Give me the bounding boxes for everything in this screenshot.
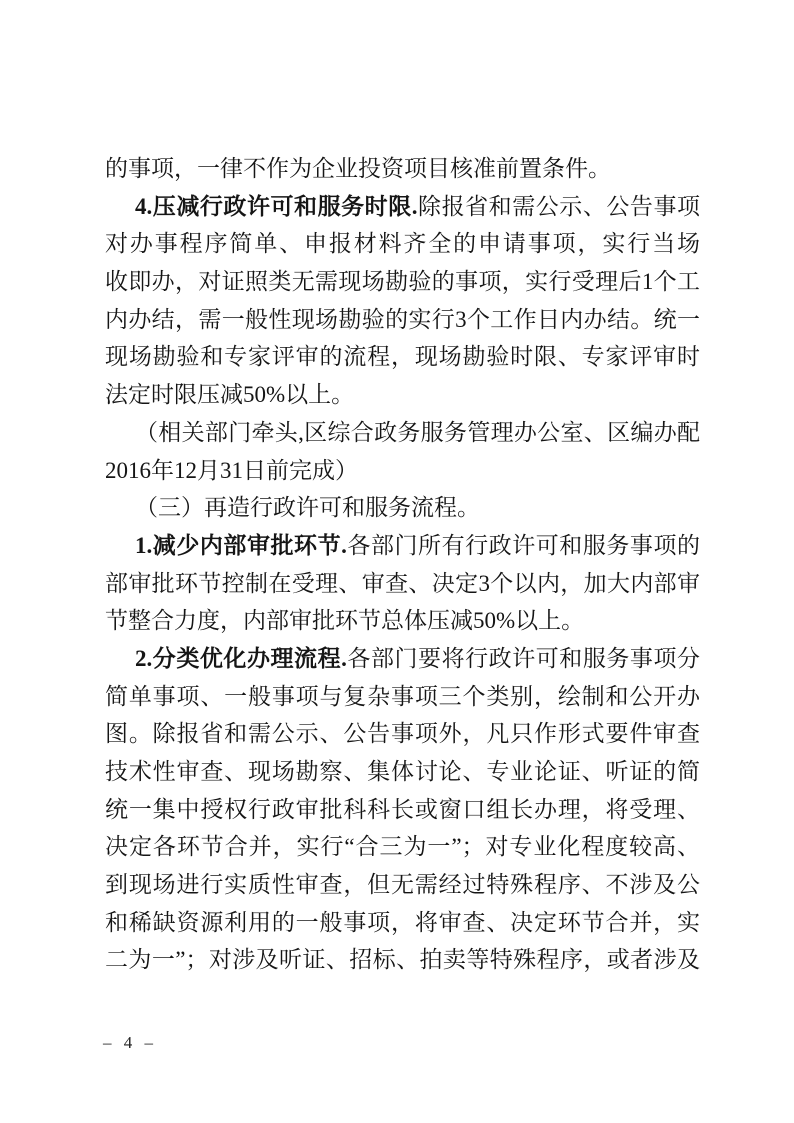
text-line: 1.减少内部审批环节.各部门所有行政许可和服务事项的内: [105, 527, 700, 565]
text-line: 现场勘验和专家评审的流程，现场勘验时限、专家评审时限均比: [105, 338, 700, 376]
text-line: 4.压减行政许可和服务时限.除报省和需公示、公告事项外，: [105, 188, 700, 226]
page-number: – 4 –: [103, 1033, 155, 1053]
text-line: 简单事项、一般事项与复杂事项三个类别，绘制和公开办理流程: [105, 678, 700, 716]
heading-run: 4.压减行政许可和服务时限.: [135, 194, 418, 219]
text-line: 节整合力度，内部审批环节总体压减50%以上。: [105, 602, 700, 640]
document-body: 的事项，一律不作为企业投资项目核准前置条件。 4.压减行政许可和服务时限.除报省…: [105, 150, 700, 979]
text-line: 内办结，需一般性现场勘验的实行3个工作日内办结。统一规范: [105, 301, 700, 339]
text-line: 决定各环节合并，实行“合三为一”；对专业化程度较高、需要: [105, 828, 700, 866]
text-line-annotation: 2016年12月31日前完成）: [105, 452, 700, 490]
document-page: 的事项，一律不作为企业投资项目核准前置条件。 4.压减行政许可和服务时限.除报省…: [0, 0, 794, 1123]
text-line: 和稀缺资源利用的一般事项，将审查、决定环节合并，实行“合: [105, 904, 700, 942]
text-line: 部审批环节控制在受理、审查、决定3个以内，加大内部审批环: [105, 565, 700, 603]
heading-run: 2.分类优化办理流程.: [135, 646, 347, 671]
text-line: 到现场进行实质性审查，但无需经过特殊程序、不涉及公共资源: [105, 866, 700, 904]
text-line: 收即办，对证照类无需现场勘验的事项，实行受理后1个工作日: [105, 263, 700, 301]
heading-run: 1.减少内部审批环节.: [135, 533, 347, 558]
text-line: 2.分类优化办理流程.各部门要将行政许可和服务事项分为: [105, 640, 700, 678]
text-line: 技术性审查、现场勘察、集体讨论、专业论证、听证的简单事项: [105, 753, 700, 791]
text-line: 图。除报省和需公示、公告事项外，凡只作形式要件审查或不需: [105, 715, 700, 753]
section-heading-line: （三）再造行政许可和服务流程。: [105, 489, 700, 527]
text-line-annotation: （相关部门牵头,区综合政务服务管理办公室、区编办配合，: [105, 414, 700, 452]
text-line: 统一集中授权行政审批科科长或窗口组长办理，将受理、审查、: [105, 791, 700, 829]
text-line: 二为一”；对涉及听证、招标、拍卖等特殊程序，或者涉及公共: [105, 941, 700, 979]
text-line: 的事项，一律不作为企业投资项目核准前置条件。: [105, 150, 700, 188]
text-line: 法定时限压减50%以上。: [105, 376, 700, 414]
text-line: 对办事程序简单、申报材料齐全的申请事项，实行当场（天）即: [105, 225, 700, 263]
